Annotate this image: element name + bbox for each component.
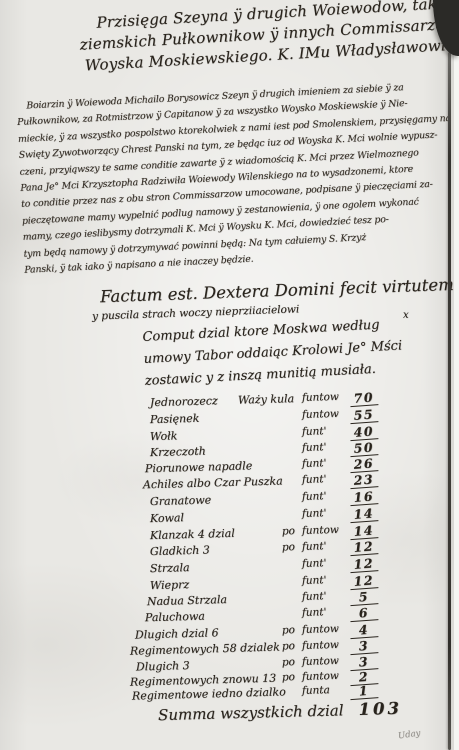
weight-unit: funtow	[302, 408, 339, 421]
cannon-name: Strzala	[150, 561, 190, 575]
weight-value: 12	[349, 555, 378, 573]
cannon-name: Paluchowa	[145, 610, 205, 625]
cannon-table: Jednorozecz Waży kula funtow 70 Pasięnek…	[0, 0, 459, 750]
per-gun-marker: po	[282, 525, 295, 537]
weight-value: 12	[349, 538, 378, 556]
weight-unit: funt'	[302, 606, 327, 619]
cannon-name: Kowal	[150, 511, 184, 525]
weight-unit: funtow	[302, 623, 339, 636]
weight-unit: funt'	[302, 507, 327, 520]
manuscript-page: Przisięga Szeyna ÿ drugich Woiewodow, ta…	[0, 0, 459, 750]
cannon-name: Dlugich dzial 6	[135, 626, 219, 641]
cannon-name: Wieprz	[150, 578, 190, 592]
weight-unit: funtow	[302, 670, 339, 683]
weight-unit: funta	[302, 684, 330, 697]
weight-unit: funt'	[302, 490, 327, 503]
cannon-name: Regimentowych 58 dzialek	[130, 641, 280, 658]
cannon-name: Wołk	[150, 429, 178, 443]
per-gun-marker: po	[282, 671, 295, 683]
weight-value: 23	[349, 471, 378, 489]
weight-value: 55	[349, 406, 378, 424]
cannon-name: Piorunowe napadle	[145, 459, 253, 475]
cannon-name: Jednorozecz	[150, 394, 218, 409]
weight-value: 6	[349, 604, 378, 622]
weight-unit: funt'	[302, 590, 327, 603]
weight-value: 70	[349, 389, 378, 407]
weight-unit: funt'	[302, 557, 327, 570]
cannon-name: Granatowe	[150, 493, 212, 508]
cannon-name: Gladkich 3	[150, 543, 210, 558]
cannon-name: Pasięnek	[150, 412, 200, 426]
weight-unit: funtow	[302, 655, 339, 668]
weight-value: 1	[349, 682, 378, 700]
weight-unit: funt'	[302, 457, 327, 470]
per-gun-marker: po	[282, 656, 295, 668]
weight-unit: funtow	[302, 391, 339, 404]
summa-total: 103	[358, 699, 402, 719]
cannon-name: Dlugich 3	[136, 659, 190, 673]
page-binding-edge	[448, 52, 451, 750]
weight-value: 16	[349, 488, 378, 506]
per-gun-marker: po	[282, 640, 295, 652]
cannon-name: Krzeczoth	[150, 445, 206, 460]
cannon-name: Klanzak 4 dzial	[150, 527, 235, 542]
weight-unit: funtow	[302, 524, 339, 537]
cannon-name: Achiles albo Czar Puszka	[143, 474, 283, 491]
weight-unit: funt'	[302, 441, 327, 454]
page-margin-strip	[454, 0, 459, 750]
weight-unit: funt'	[302, 473, 327, 486]
weight-unit: funt'	[302, 540, 327, 553]
per-gun-marker: po	[282, 624, 295, 636]
weight-unit: funtow	[302, 639, 339, 652]
weight-value: 14	[349, 505, 378, 523]
weight-note: Waży kula	[238, 392, 295, 407]
weight-unit: funt'	[302, 574, 327, 587]
per-gun-marker: po	[282, 541, 295, 553]
cannon-name: Nadua Strzala	[147, 593, 227, 608]
weight-unit: funt'	[302, 425, 327, 438]
